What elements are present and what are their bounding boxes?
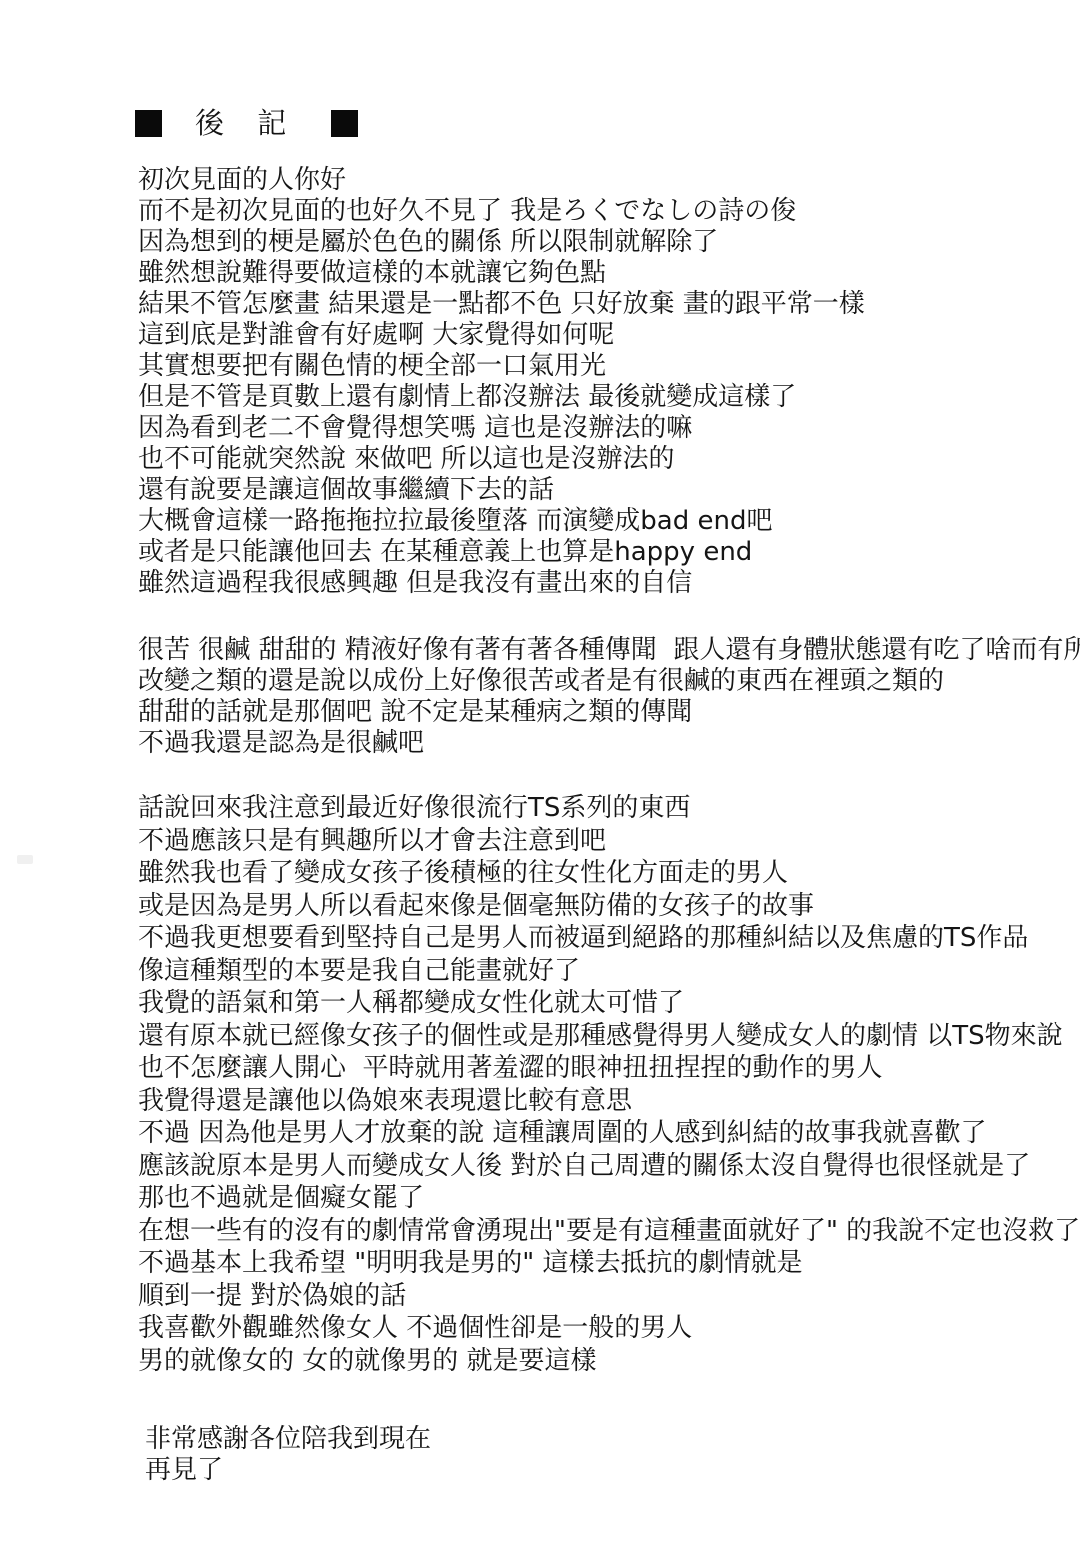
text-line: 那也不過就是個癡女罷了 (138, 1182, 1080, 1215)
text-line: 也不怎麼讓人開心 平時就用著羞澀的眼神扭扭捏捏的動作的男人 (138, 1052, 1080, 1085)
text-line: 我喜歡外觀雖然像女人 不過個性卻是一般的男人 (138, 1312, 1080, 1345)
text-line: 不過我還是認為是很鹹吧 (138, 728, 1080, 759)
paragraph-3: 話說回來我注意到最近好像很流行TS系列的東西不過應該只是有興趣所以才會去注意到吧… (138, 792, 1080, 1377)
text-line: 我覺的語氣和第一人稱都變成女性化就太可惜了 (138, 987, 1080, 1020)
text-line: 在想一些有的沒有的劇情常會湧現出"要是有這種畫面就好了" 的我說不定也沒救了 (138, 1215, 1080, 1248)
text-line: 應該說原本是男人而變成女人後 對於自己周遭的關係太沒自覺得也很怪就是了 (138, 1150, 1080, 1183)
text-line: 或是因為是男人所以看起來像是個毫無防備的女孩子的故事 (138, 890, 1080, 923)
scan-artifact (17, 855, 33, 864)
paragraph-2: 很苦 很鹹 甜甜的 精液好像有著有著各種傳聞 跟人還有身體狀態還有吃了啥而有所改… (138, 635, 1080, 759)
text-line: 還有說要是讓這個故事繼續下去的話 (138, 475, 1080, 506)
right-square-marker: ■ (331, 110, 358, 137)
text-line: 再見了 (145, 1455, 1080, 1486)
text-line: 改變之類的還是說以成份上好像很苦或者是有很鹹的東西在裡頭之類的 (138, 666, 1080, 697)
text-line: 非常感謝各位陪我到現在 (145, 1424, 1080, 1455)
text-line: 還有原本就已經像女孩子的個性或是那種感覺得男人變成女人的劇情 以TS物來說 (138, 1020, 1080, 1053)
text-line: 其實想要把有關色情的梗全部一口氣用光 (138, 351, 1080, 382)
text-line: 順到一提 對於偽娘的話 (138, 1280, 1080, 1313)
text-line: 話說回來我注意到最近好像很流行TS系列的東西 (138, 792, 1080, 825)
text-line: 因為想到的梗是屬於色色的關係 所以限制就解除了 (138, 227, 1080, 258)
text-line: 男的就像女的 女的就像男的 就是要這樣 (138, 1345, 1080, 1378)
text-line: 雖然想說難得要做這樣的本就讓它夠色點 (138, 258, 1080, 289)
title-text: 後 記 (195, 109, 298, 138)
paragraph-1: 初次見面的人你好而不是初次見面的也好久不見了 我是ろくでなしの詩の俊因為想到的梗… (138, 165, 1080, 599)
paragraph-4: 非常感謝各位陪我到現在再見了 (145, 1424, 1080, 1486)
text-line: 像這種類型的本要是我自己能畫就好了 (138, 955, 1080, 988)
text-line: 大概會這樣一路拖拖拉拉最後墮落 而演變成bad end吧 (138, 506, 1080, 537)
text-line: 不過我更想要看到堅持自己是男人而被逼到絕路的那種糾結以及焦慮的TS作品 (138, 922, 1080, 955)
page-title: ■ 後 記 ■ (135, 109, 358, 138)
text-line: 結果不管怎麼畫 結果還是一點都不色 只好放棄 畫的跟平常一樣 (138, 289, 1080, 320)
left-square-marker: ■ (135, 110, 162, 137)
text-line: 不過應該只是有興趣所以才會去注意到吧 (138, 825, 1080, 858)
afterword-text: 初次見面的人你好而不是初次見面的也好久不見了 我是ろくでなしの詩の俊因為想到的梗… (138, 165, 1080, 1486)
text-line: 或者是只能讓他回去 在某種意義上也算是happy end (138, 537, 1080, 568)
text-line: 而不是初次見面的也好久不見了 我是ろくでなしの詩の俊 (138, 196, 1080, 227)
text-line: 不過基本上我希望 "明明我是男的" 這樣去抵抗的劇情就是 (138, 1247, 1080, 1280)
text-line: 很苦 很鹹 甜甜的 精液好像有著有著各種傳聞 跟人還有身體狀態還有吃了啥而有所 (138, 635, 1080, 666)
afterword-page: ■ 後 記 ■ 初次見面的人你好而不是初次見面的也好久不見了 我是ろくでなしの詩… (0, 0, 1080, 1547)
text-line: 我覺得還是讓他以偽娘來表現還比較有意思 (138, 1085, 1080, 1118)
text-line: 因為看到老二不會覺得想笑嗎 這也是沒辦法的嘛 (138, 413, 1080, 444)
text-line: 甜甜的話就是那個吧 說不定是某種病之類的傳聞 (138, 697, 1080, 728)
text-line: 這到底是對誰會有好處啊 大家覺得如何呢 (138, 320, 1080, 351)
text-line: 但是不管是頁數上還有劇情上都沒辦法 最後就變成這樣了 (138, 382, 1080, 413)
text-line: 不過 因為他是男人才放棄的說 這種讓周圍的人感到糾結的故事我就喜歡了 (138, 1117, 1080, 1150)
text-line: 雖然我也看了變成女孩子後積極的往女性化方面走的男人 (138, 857, 1080, 890)
text-line: 初次見面的人你好 (138, 165, 1080, 196)
text-line: 雖然這過程我很感興趣 但是我沒有畫出來的自信 (138, 568, 1080, 599)
text-line: 也不可能就突然說 來做吧 所以這也是沒辦法的 (138, 444, 1080, 475)
